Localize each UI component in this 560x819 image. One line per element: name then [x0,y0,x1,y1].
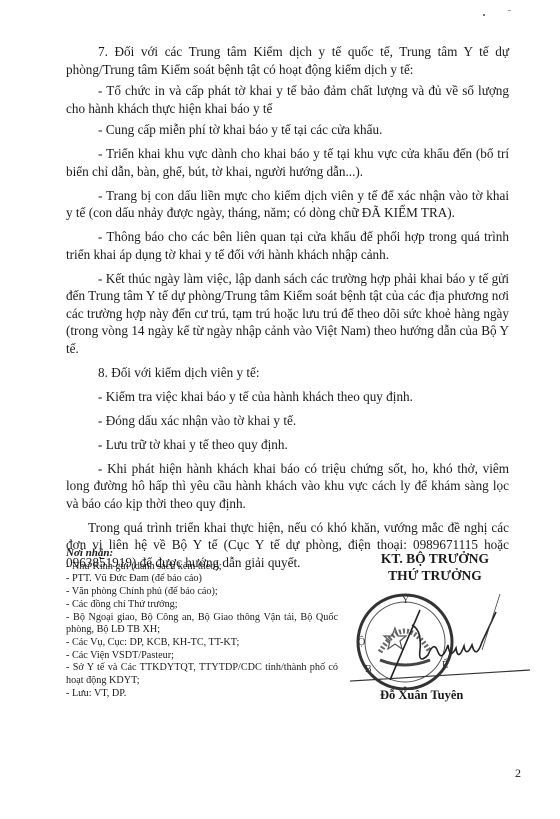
stamp-letter: Y [402,595,409,606]
recipient-item: - Văn phòng Chính phủ (để báo cáo); [66,586,338,599]
paragraph-section-7: 7. Đối với các Trung tâm Kiểm dịch y tế … [66,43,509,78]
paragraph-7c: - Triển khai khu vực dành cho khai báo y… [66,145,509,180]
stamp-letter: Ộ [358,636,365,648]
paragraph-8c: - Lưu trữ tờ khai y tế theo quy định. [66,436,509,454]
stamp-letter: Ế [442,658,448,671]
stamp-letter: B [365,664,372,675]
recipient-item: - Các Vụ, Cục: DP, KCB, KH-TC, TT-KT; [66,637,338,650]
paragraph-7f: - Kết thúc ngày làm việc, lập danh sách … [66,270,509,358]
official-stamp-icon: Y Ộ B Ế [350,590,530,690]
recipient-item: - Bộ Ngoại giao, Bộ Công an, Bộ Giao thô… [66,612,338,637]
document-body: 7. Đối với các Trung tâm Kiểm dịch y tế … [66,43,509,578]
paragraph-section-8: 8. Đối với kiểm dịch viên y tế: [66,364,509,382]
page-number: 2 [515,766,521,781]
recipients-heading: Nơi nhận: [66,547,338,560]
recipients-block: Nơi nhận: - Như Kính gửi (danh sách kèm … [66,547,338,700]
paragraph-7a: - Tổ chức in và cấp phát tờ khai y tế bả… [66,82,509,117]
signature-subtitle: THỨ TRƯỞNG [345,567,525,584]
recipient-item: - Sở Y tế và Các TTKDYTQT, TTYTDP/CDC tỉ… [66,662,338,687]
recipient-item: - Như Kính gửi (danh sách kèm theo); [66,561,338,574]
signature-title: KT. BỘ TRƯỞNG [345,550,525,567]
scan-speck [483,14,485,16]
recipient-item: - Các đồng chí Thứ trưởng; [66,599,338,612]
paragraph-7d: - Trang bị con dấu liền mực cho kiểm dịc… [66,187,509,222]
paragraph-8a: - Kiểm tra việc khai báo y tế của hành k… [66,388,509,406]
signature-block: KT. BỘ TRƯỞNG THỨ TRƯỞNG Y Ộ B Ế Đỗ Xuân… [345,550,525,584]
scan-speck [508,10,511,11]
paragraph-8b: - Đóng dấu xác nhận vào tờ khai y tế. [66,412,509,430]
recipient-item: - Lưu: VT, DP. [66,688,338,701]
recipient-item: - PTT. Vũ Đức Đam (để báo cáo) [66,573,338,586]
paragraph-7b: - Cung cấp miễn phí tờ khai báo y tế tại… [66,121,509,139]
paragraph-7e: - Thông báo cho các bên liên quan tại cử… [66,228,509,263]
recipient-item: - Các Viện VSDT/Pasteur; [66,650,338,663]
paragraph-8d: - Khi phát hiện hành khách khai báo có t… [66,460,509,513]
signer-name: Đỗ Xuân Tuyên [380,688,463,703]
